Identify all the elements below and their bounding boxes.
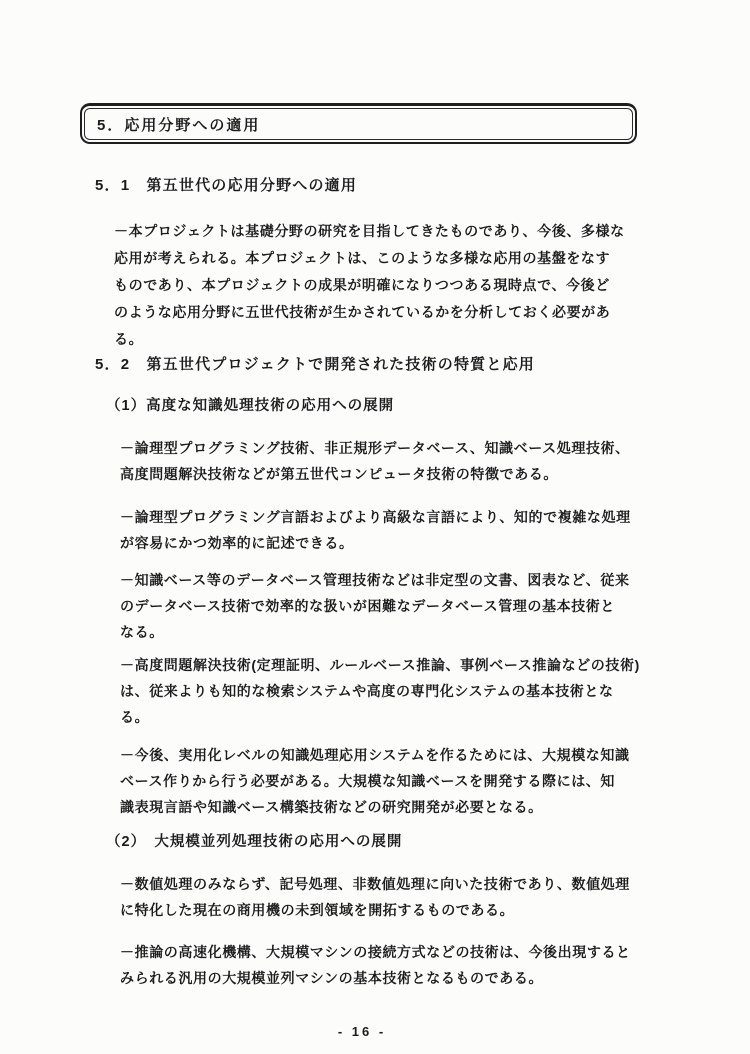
chapter-title-box-inner: 5．応用分野への適用 [84,108,633,140]
chapter-title: 5．応用分野への適用 [97,114,260,135]
section-5-1-heading: 5．1 第五世代の応用分野への適用 [95,174,357,198]
document-page: 5．応用分野への適用 5．1 第五世代の応用分野への適用 －本プロジェクトは基礎… [0,0,750,1054]
bullet-logic-programming-tech: －論理型プログラミング技術、非正規形データベース、知識ベース処理技術、 高度問題… [120,435,630,487]
bullet-logic-programming-language: －論理型プログラミング言語およびより高級な言語により、知的で複雑な処理 が容易に… [120,504,631,556]
bullet-large-knowledge-base: －今後、実用化レベルの知識処理応用システムを作るためには、大規模な知識 ベース作… [120,742,630,820]
bullet-problem-solving-tech: －高度問題解決技術(定理証明、ルールベース推論、事例ベース推論などの技術) は、… [120,652,640,730]
bullet-inference-acceleration: －推論の高速化機構、大規模マシンの接続方式などの技術は、今後出現すると みられる… [120,939,631,991]
bullet-knowledge-base-db: －知識ベース等のデータベース管理技術などは非定型の文書、図表など、従来 のデータ… [120,567,630,645]
page-number: - 16 - [302,1024,422,1039]
chapter-title-box: 5．応用分野への適用 [80,103,637,144]
section-5-1-paragraph: －本プロジェクトは基礎分野の研究を目指してきたものであり、今後、多様な 応用が考… [114,218,625,353]
bullet-numeric-symbolic-processing: －数値処理のみならず、記号処理、非数値処理に向いた技術であり、数値処理 に特化し… [120,871,630,923]
subsection-1-heading: （1）高度な知識処理技術の応用への展開 [106,394,394,418]
subsection-2-heading: （2） 大規模並列処理技術の応用への展開 [106,830,402,854]
section-5-2-heading: 5．2 第五世代プロジェクトで開発された技術の特質と応用 [95,353,535,377]
